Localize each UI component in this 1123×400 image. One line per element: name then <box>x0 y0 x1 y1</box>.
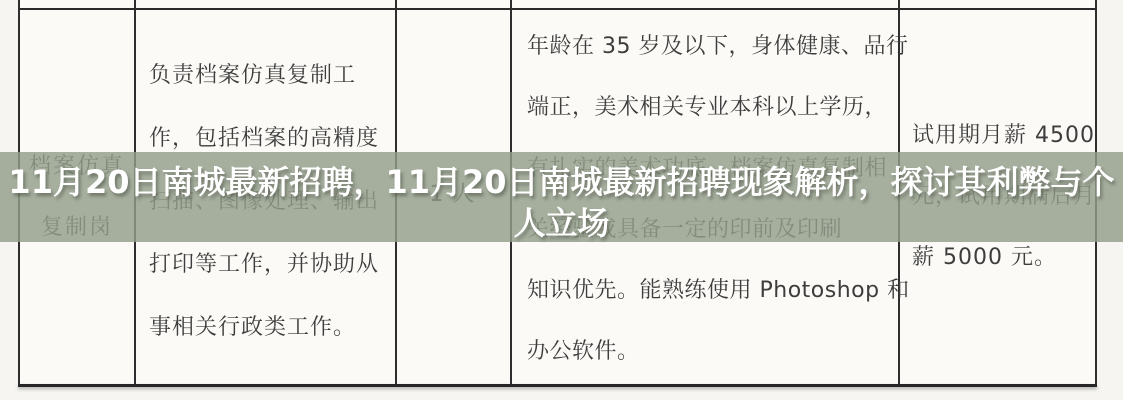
duties-line: 负责档案仿真复制工 <box>149 44 379 107</box>
requirements-line: 端正，美术相关专业本科以上学历， <box>527 77 910 138</box>
table-row-divider-top <box>18 8 1097 10</box>
banner-title-line1: 11月20日南城最新招聘，11月20日南城最新招聘现象解析，探讨其利弊与个 <box>0 162 1123 203</box>
requirements-line: 办公软件。 <box>527 321 910 382</box>
requirements-line: 年龄在 35 岁及以下，身体健康、品行 <box>527 16 910 77</box>
duties-line: 事相关行政类工作。 <box>149 296 379 359</box>
table-border-bottom <box>18 384 1097 387</box>
banner-title: 11月20日南城最新招聘，11月20日南城最新招聘现象解析，探讨其利弊与个 人立… <box>0 152 1123 244</box>
title-banner: 11月20日南城最新招聘，11月20日南城最新招聘现象解析，探讨其利弊与个 人立… <box>0 152 1123 242</box>
requirements-line: 知识优先。能熟练使用 Photoshop 和 <box>527 260 910 321</box>
recruitment-article-image: 档案仿真 复制岗 负责档案仿真复制工 作，包括档案的高精度 扫描、图像处理、输出… <box>0 0 1123 400</box>
banner-title-line2: 人立场 <box>0 203 1123 244</box>
